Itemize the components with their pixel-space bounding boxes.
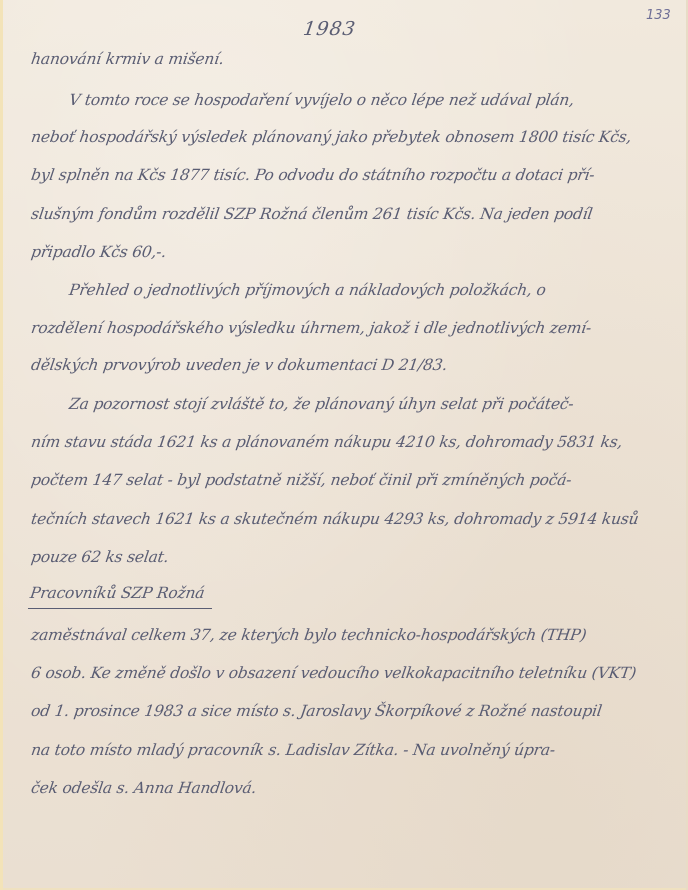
text-line: slušným fondům rozdělil SZP Rožná členům… [30, 207, 593, 223]
section-heading: Pracovníků SZP Rožná [28, 586, 215, 609]
text-line: Za pozornost stojí zvláště to, že plánov… [68, 397, 575, 413]
text-line: zaměstnával celkem 37, ze kterých bylo t… [30, 628, 587, 644]
text-line: od 1. prosince 1983 a sice místo s. Jaro… [30, 704, 603, 720]
text-line: 6 osob. Ke změně došlo v obsazení vedouc… [30, 666, 637, 682]
text-line: tečních stavech 1621 ks a skutečném náku… [30, 512, 639, 528]
text-line: pouze 62 ks selat. [30, 550, 169, 566]
text-line: Přehled o jednotlivých příjmových a nákl… [68, 283, 547, 299]
page-number: 133 [646, 8, 671, 23]
chronicle-page: 133 1983 hanování krmiv a mišení. V tomt… [0, 0, 688, 890]
text-line: na toto místo mladý pracovník s. Ladisla… [30, 743, 556, 759]
text-line: byl splněn na Kčs 1877 tisíc. Po odvodu … [30, 168, 595, 184]
text-line: připadlo Kčs 60,-. [30, 245, 167, 261]
text-line: počtem 147 selat - byl podstatně nižší, … [30, 473, 572, 489]
text-line: ním stavu stáda 1621 ks a plánovaném nák… [30, 435, 623, 451]
text-line: ček odešla s. Anna Handlová. [30, 781, 257, 797]
text-line: hanování krmiv a mišení. [30, 52, 225, 68]
text-line: V tomto roce se hospodaření vyvíjelo o n… [68, 93, 575, 109]
year-heading: 1983 [302, 20, 357, 39]
text-line: dělských prvovýrob uveden je v dokumenta… [30, 358, 448, 374]
text-line: rozdělení hospodářského výsledku úhrnem,… [30, 321, 592, 337]
text-line: neboť hospodářský výsledek plánovaný jak… [30, 130, 632, 146]
